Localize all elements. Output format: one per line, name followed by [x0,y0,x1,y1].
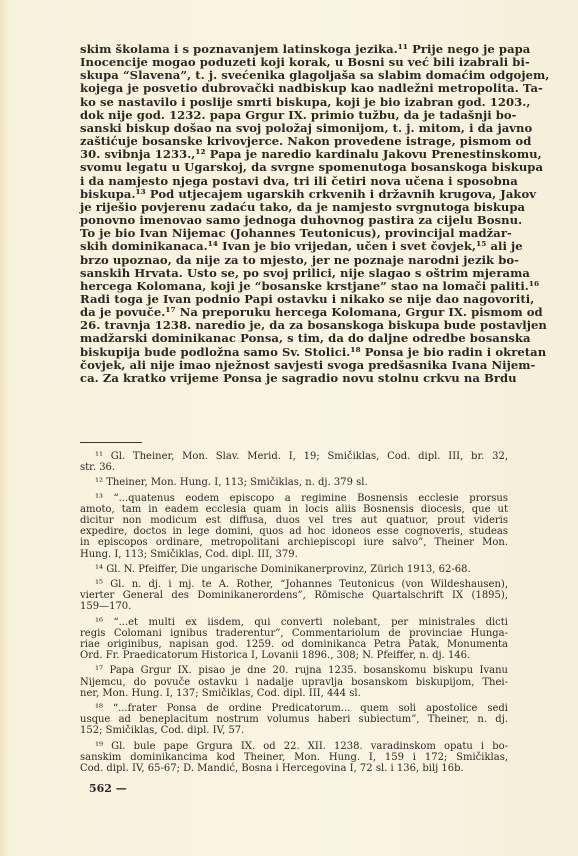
text-line: čovjek, ali nije imao nježnost savjesti … [80,359,508,372]
footnote-line: regis Colomani ignibus traderentur”, Com… [80,628,508,639]
footnote-line: ¹⁸ “...frater Ponsa de ordine Predicator… [80,703,508,714]
text-line: hercega Kolomana, koji je “bosanske krst… [80,280,508,293]
text-line: biskupija bude podložna samo Sv. Stolici… [80,346,508,359]
footnote-line: ¹⁹ Gl. bule pape Grgura IX. od 22. XII. … [80,741,508,752]
footnote-line: vierter General des Dominikanerordens”, … [80,590,508,601]
text-line: madžarski dominikanac Ponsa, s tim, da d… [80,332,508,345]
text-line: biskupa.¹³ Pod utjecajem ugarskih crkven… [80,188,508,201]
footnote-separator [80,442,142,443]
footnote-line: ¹⁴ Gl. N. Pfeiffer, Die ungarische Domin… [80,564,508,575]
footnote-line: Cod. dipl. IV, 65-67; D. Mandić, Bosna i… [80,763,508,774]
footnote-line: ¹⁵ Gl. n. dj. i mj. te A. Rother, “Johan… [80,579,508,590]
footnote-16: ¹⁶ “...et multi ex iisdem, qui converti … [80,617,508,662]
text-line: kojega je posvetio dubrovački nadbiskup … [80,82,508,95]
footnote-line: ¹⁶ “...et multi ex iisdem, qui converti … [80,617,508,628]
footnote-line: str. 36. [80,462,508,473]
footnote-line: sanskim dominikancima kod Theiner, Mon. … [80,752,508,763]
text-line: sanskih Hrvata. Usto se, po svoj prilici… [80,267,508,280]
footnote-line: riae originibus, napisan god. 1259. od d… [80,639,508,650]
page-number: 562 — [89,782,127,795]
text-line: skih dominikanaca.¹⁴ Ivan je bio vrijeda… [80,240,508,253]
main-text-block: skim školama i s poznavanjem latinskoga … [80,43,508,385]
text-line: svomu legatu u Ugarskoj, da svrgne spome… [80,161,508,174]
footnote-17: ¹⁷ Papa Grgur IX. pisao je dne 20. rujna… [80,665,508,699]
text-line: i da namjesto njega postavi dva, tri ili… [80,175,508,188]
footnote-12: ¹² Theiner, Mon. Hung. I, 113; Smičiklas… [80,477,508,488]
text-line: dok nije god. 1232. papa Grgur IX. primi… [80,109,508,122]
footnote-line: expedire, doctos in lege domini, quos ad… [80,526,508,537]
footnote-line: Nijemcu, do povuče ostavku i nadalje upr… [80,677,508,688]
footnotes: ¹¹ Gl. Theiner, Mon. Slav. Merid. I, 19;… [80,451,508,778]
footnote-line: ner, Mon. Hung. I, 137; Smičiklas, Cod. … [80,688,508,699]
book-page: skim školama i s poznavanjem latinskoga … [0,0,578,856]
footnote-line: 159—170. [80,601,508,612]
footnote-line: ¹¹ Gl. Theiner, Mon. Slav. Merid. I, 19;… [80,451,508,462]
footnote-11: ¹¹ Gl. Theiner, Mon. Slav. Merid. I, 19;… [80,451,508,473]
footnote-13: ¹³ “...quatenus eodem episcopo a regimin… [80,493,508,560]
footnote-19: ¹⁹ Gl. bule pape Grgura IX. od 22. XII. … [80,741,508,775]
footnote-line: ¹² Theiner, Mon. Hung. I, 113; Smičiklas… [80,477,508,488]
footnote-line: Ord. Fr. Praedicatorum Historica I, Lova… [80,650,508,661]
footnote-line: amoto, tam in eadem ecclesia quam in loc… [80,504,508,515]
footnote-line: in episcopos ordinare, metropolitani arc… [80,537,508,548]
footnote-line: ¹³ “...quatenus eodem episcopo a regimin… [80,493,508,504]
footnote-14: ¹⁴ Gl. N. Pfeiffer, Die ungarische Domin… [80,564,508,575]
footnote-line: dicitur non modicum est diffusa, duos ve… [80,515,508,526]
text-line: ko se nastavilo i poslije smrti biskupa,… [80,96,508,109]
footnote-18: ¹⁸ “...frater Ponsa de ordine Predicator… [80,703,508,737]
footnote-line: usque ad beneplacitum nostrum volumus ha… [80,714,508,725]
footnote-line: ¹⁷ Papa Grgur IX. pisao je dne 20. rujna… [80,665,508,676]
text-line: brzo upoznao, da nije za to mjesto, jer … [80,254,508,267]
footnote-line: 152; Smičiklas, Cod. dipl. IV, 57. [80,725,508,736]
footnote-line: Hung. I, 113; Smičiklas, Cod. dipl. III,… [80,549,508,560]
footnote-15: ¹⁵ Gl. n. dj. i mj. te A. Rother, “Johan… [80,579,508,613]
text-line: ca. Za kratko vrijeme Ponsa je sagradio … [80,372,508,385]
